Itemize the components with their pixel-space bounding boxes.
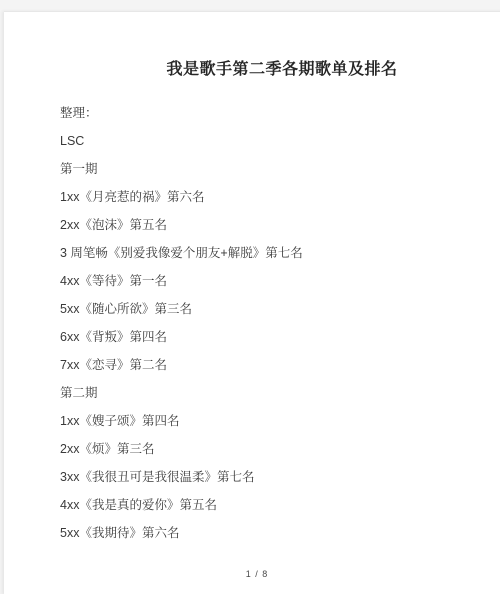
- document-page: 我是歌手第二季各期歌单及排名 整理： LSC 第一期 1xx《月亮惹的祸》第六名…: [4, 11, 500, 594]
- section-header-episode-2: 第二期: [60, 379, 500, 407]
- document-viewer: { "document": { "title": "我是歌手第二季各期歌单及排名…: [0, 0, 500, 594]
- song-rank-line: 6xx《背叛》第四名: [60, 323, 500, 351]
- song-rank-line: 3 周笔畅《别爱我像爱个朋友+解脱》第七名: [60, 239, 500, 267]
- song-rank-line: 1xx《嫂子颂》第四名: [60, 407, 500, 435]
- song-rank-line: 4xx《我是真的爱你》第五名: [60, 491, 500, 519]
- section-header-episode-1: 第一期: [60, 155, 500, 183]
- song-rank-line: 7xx《恋寻》第二名: [60, 351, 500, 379]
- song-rank-line: 2xx《烦》第三名: [60, 435, 500, 463]
- song-rank-line: 2xx《泡沫》第五名: [60, 211, 500, 239]
- meta-line-author: LSC: [60, 127, 500, 155]
- song-rank-line: 1xx《月亮惹的祸》第六名: [60, 183, 500, 211]
- document-title: 我是歌手第二季各期歌单及排名: [4, 59, 500, 81]
- page-indicator: 1 / 8: [4, 569, 500, 579]
- document-body: 整理： LSC 第一期 1xx《月亮惹的祸》第六名 2xx《泡沫》第五名 3 周…: [60, 99, 500, 547]
- song-rank-line: 4xx《等待》第一名: [60, 267, 500, 295]
- song-rank-line: 5xx《随心所欲》第三名: [60, 295, 500, 323]
- song-rank-line: 3xx《我很丑可是我很温柔》第七名: [60, 463, 500, 491]
- song-rank-line: 5xx《我期待》第六名: [60, 519, 500, 547]
- meta-line-compiler: 整理：: [60, 99, 500, 127]
